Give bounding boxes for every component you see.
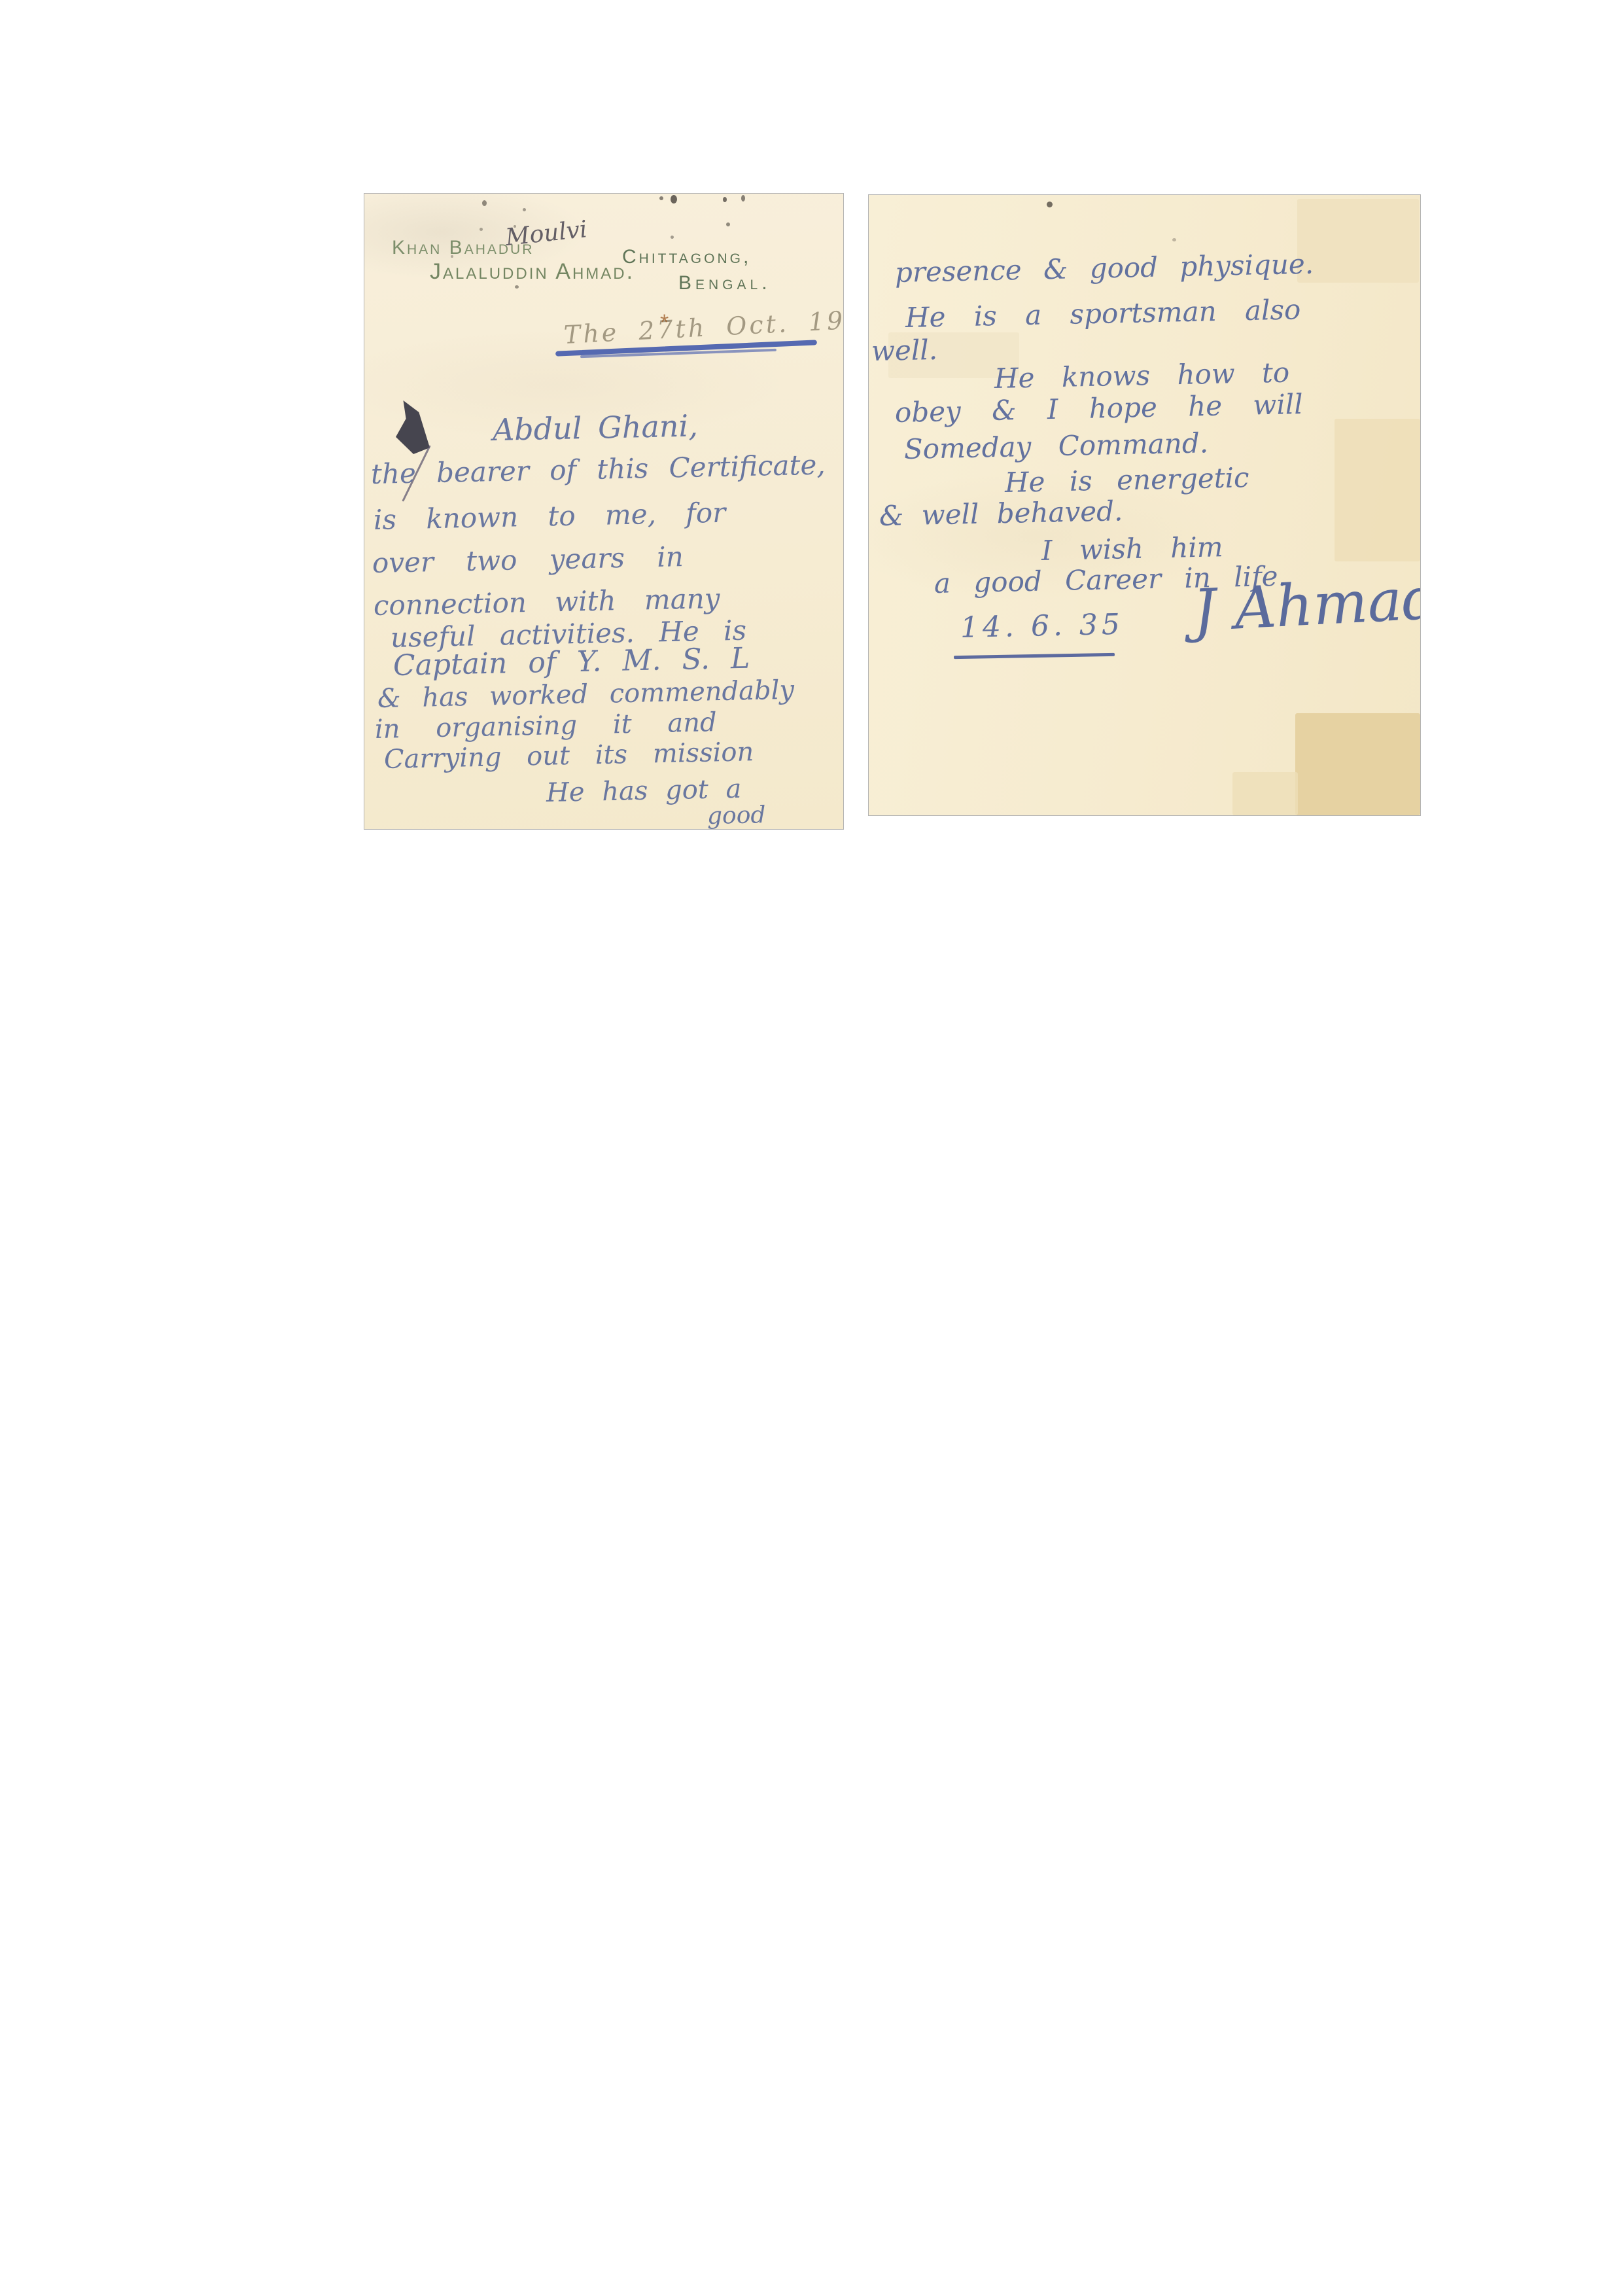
date-underline	[954, 653, 1115, 659]
letterhead-name: Jalaluddin Ahmad.	[430, 259, 635, 285]
handwriting-line: Abdul Ghani,	[492, 409, 698, 446]
ink-speck	[515, 285, 519, 289]
margin-asterisk-mark: *	[660, 310, 669, 336]
handwriting-line: Someday Command.	[904, 428, 1209, 465]
handwriting-line: He is a sportsman also	[905, 294, 1301, 333]
tape-patch	[1297, 199, 1419, 283]
letterhead-province: Bengal.	[678, 272, 771, 294]
letterhead-city: Chittagong,	[622, 246, 751, 268]
handwriting-line: is known to me, for	[374, 498, 726, 535]
handwriting-line: I wish him	[1041, 532, 1224, 566]
handwriting-line: presence & good physique.	[895, 249, 1314, 289]
handwriting-line: Carrying out its mission	[384, 737, 754, 774]
tape-patch	[1335, 419, 1420, 561]
tape-patch	[1232, 772, 1298, 815]
handwriting-line: & well behaved.	[879, 496, 1123, 531]
ink-speck	[659, 196, 663, 200]
ink-speck	[723, 197, 727, 202]
handwriting-line: well.	[871, 335, 938, 366]
handwriting-line: Captain of Y. M. S. L	[393, 643, 750, 682]
handwriting-line: over two years in	[372, 542, 684, 578]
handwriting-line: the bearer of this Certificate,	[371, 450, 826, 489]
ink-speck	[726, 222, 730, 226]
letter-date: 14. 6. 35	[960, 609, 1124, 645]
ink-speck	[482, 200, 487, 206]
ink-speck	[1047, 202, 1053, 207]
tape-patch	[1295, 713, 1420, 815]
ink-blot	[396, 400, 430, 454]
ink-speck	[671, 195, 677, 203]
letterhead-handwritten-title: Moulvi	[504, 217, 589, 251]
signature: J Ahmad	[1191, 567, 1421, 643]
ink-speck	[1172, 238, 1176, 241]
handwriting-line: obey & I hope he will	[895, 389, 1304, 428]
ink-speck	[671, 236, 674, 239]
ink-speck	[741, 195, 745, 202]
ink-speck	[523, 208, 526, 211]
letter-scan-page-1: Khan Bahadur Moulvi Jalaluddin Ahmad. Ch…	[364, 193, 844, 830]
ink-speck	[480, 228, 483, 231]
letter-scan-page-2: presence & good physique. He is a sports…	[868, 194, 1421, 816]
handwriting-line: He is energetic	[1005, 463, 1249, 498]
handwriting-line: good	[707, 802, 766, 829]
